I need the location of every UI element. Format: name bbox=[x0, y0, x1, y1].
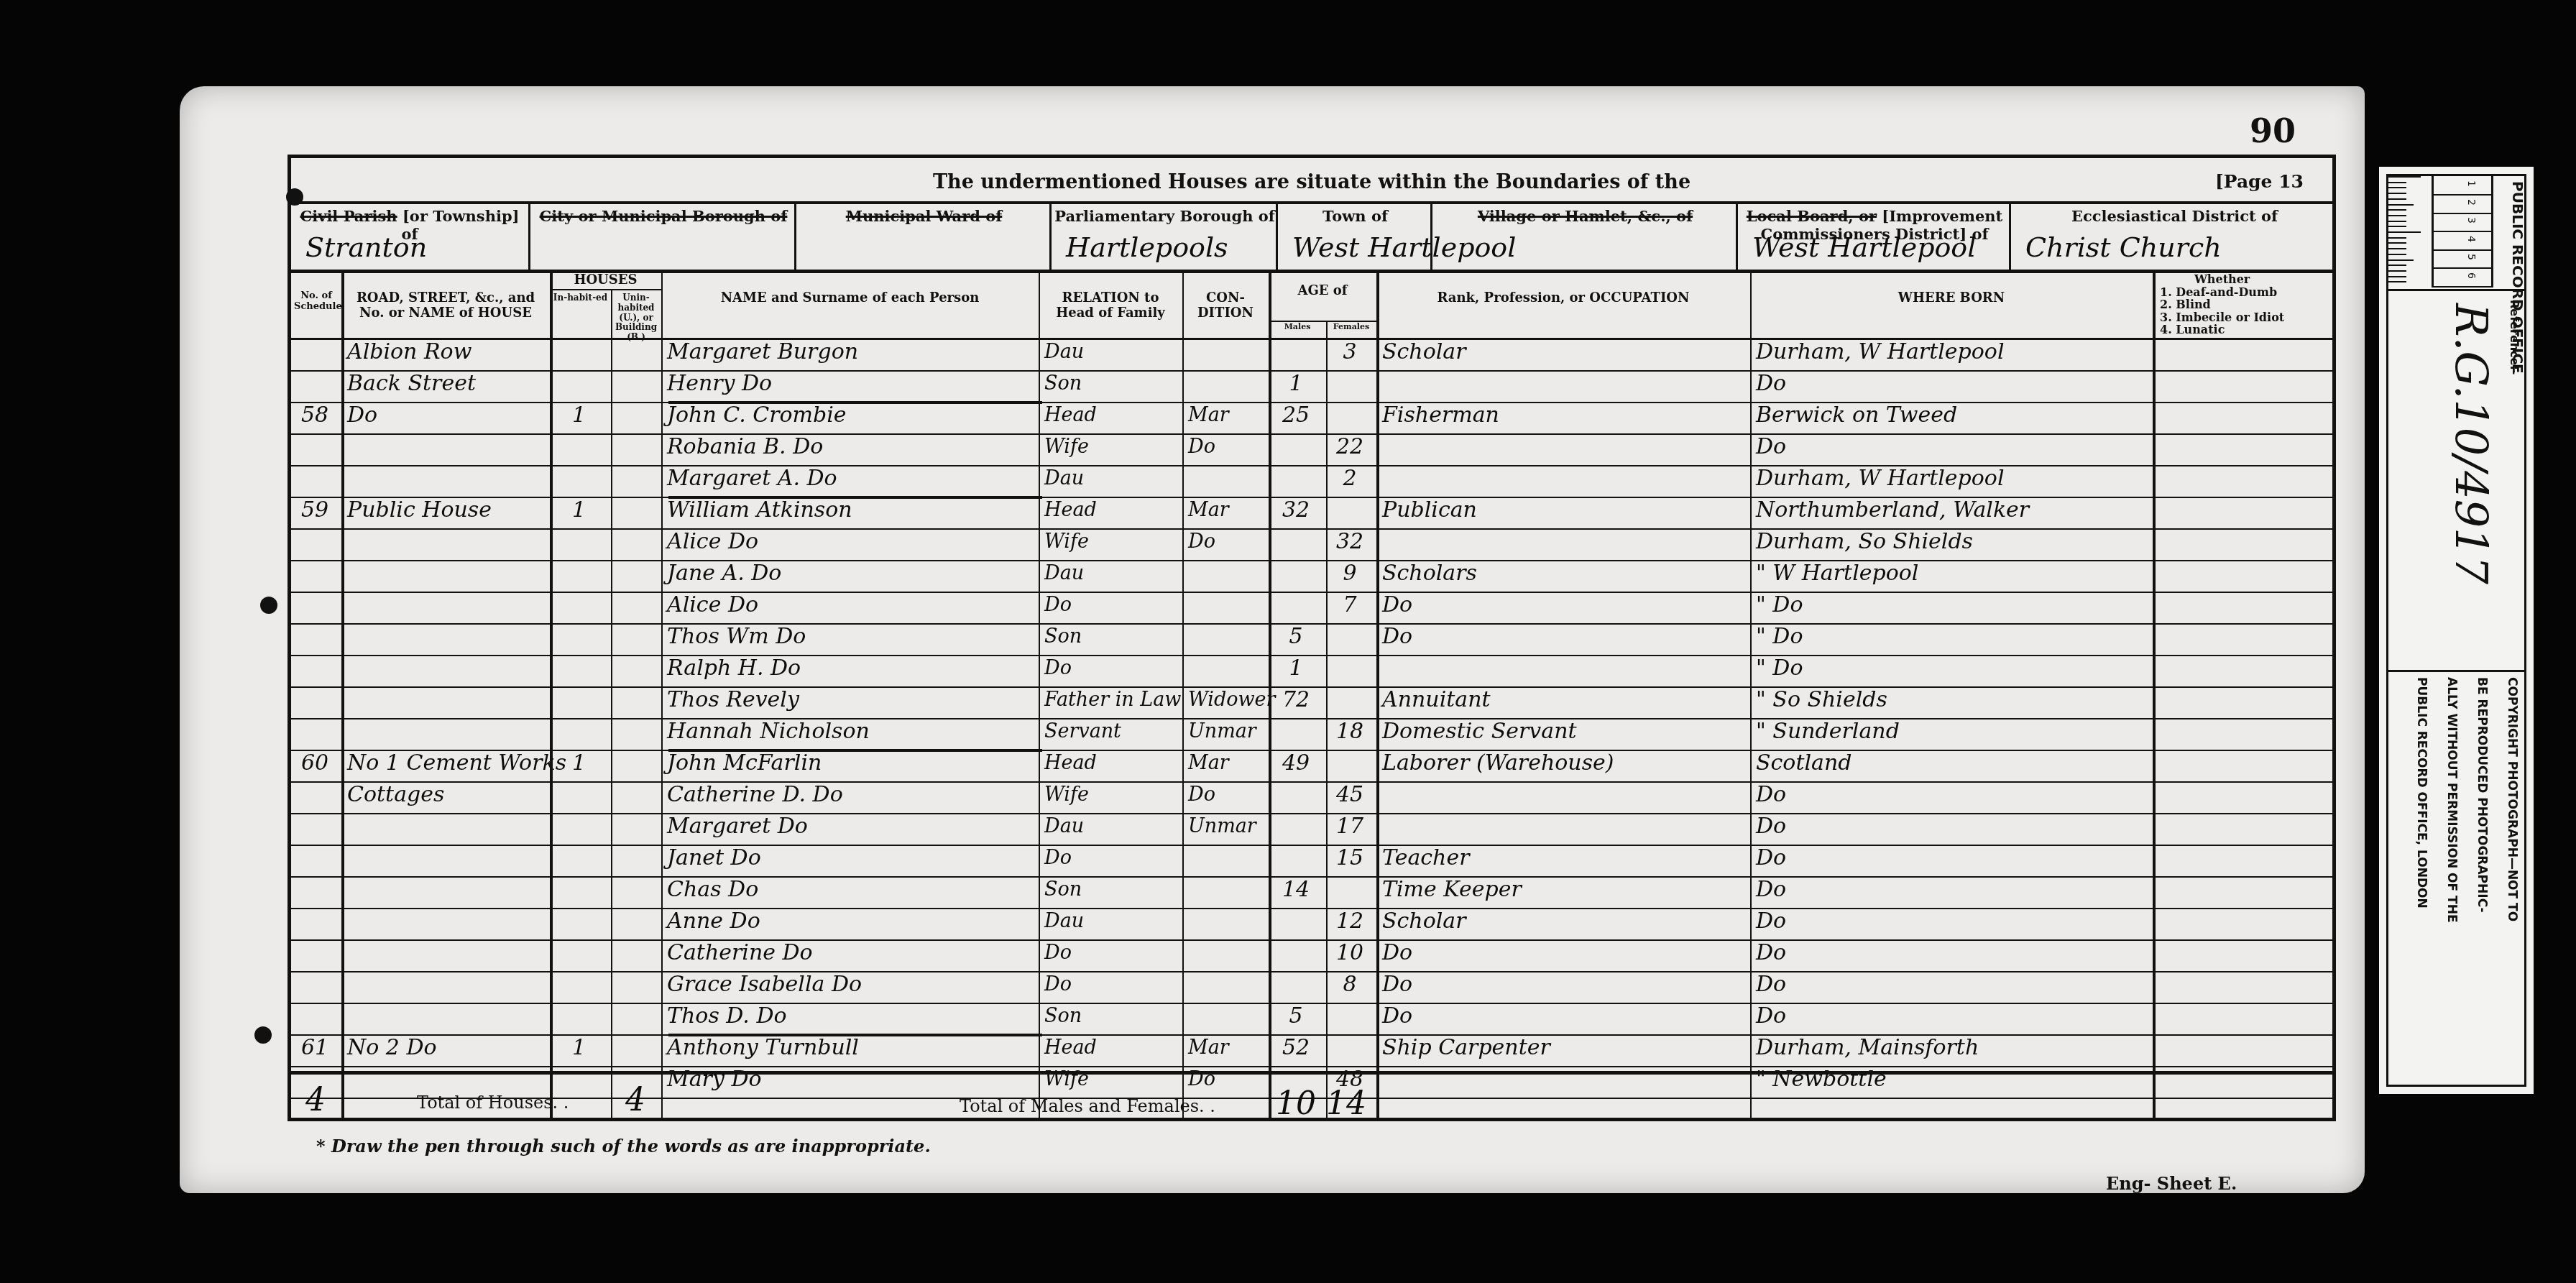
cell-where-born: " Newbottle bbox=[1756, 1063, 1887, 1096]
cell-name: Alice Do bbox=[667, 589, 758, 622]
cell-relation: Dau bbox=[1044, 336, 1084, 369]
infirmity-option: 4. Lunatic bbox=[2160, 323, 2284, 336]
cell-female-age bbox=[1329, 652, 1371, 685]
total-houses-label: Total of Houses. . bbox=[417, 1093, 569, 1113]
boundary-field: Village or Hamlet, &c., of bbox=[1430, 204, 1738, 270]
cell-where-born: Do bbox=[1756, 873, 1786, 906]
cell-occupation: Ship Carpenter bbox=[1382, 1031, 1550, 1064]
cell-female-age: 32 bbox=[1329, 525, 1371, 558]
col-header-females: Females bbox=[1326, 323, 1376, 332]
cell-male-age bbox=[1271, 905, 1320, 938]
cell-relation: Son bbox=[1044, 873, 1082, 906]
cell-road: Do bbox=[347, 399, 377, 432]
cell-where-born: Do bbox=[1756, 431, 1786, 464]
copyright-line: PUBLIC RECORD OFFICE, LONDON bbox=[2414, 677, 2429, 909]
cell-inhabited bbox=[553, 589, 605, 622]
cell-inhabited bbox=[553, 336, 605, 369]
cell-schedule bbox=[294, 620, 336, 653]
cell-name: Margaret Burgon bbox=[667, 336, 858, 369]
boundary-field: City or Municipal Borough of bbox=[528, 204, 796, 270]
cell-inhabited bbox=[553, 557, 605, 590]
cell-inhabited bbox=[553, 652, 605, 685]
cell-male-age: 32 bbox=[1271, 494, 1320, 527]
cell-schedule bbox=[294, 810, 336, 843]
boundary-value: West Hartlepool bbox=[1752, 231, 1976, 263]
cell-female-age: 17 bbox=[1329, 810, 1371, 843]
boundary-field: Local Board, or [Improvement Commissione… bbox=[1736, 204, 2011, 270]
cell-name: Robania B. Do bbox=[667, 431, 823, 464]
cell-inhabited bbox=[553, 431, 605, 464]
cell-schedule: 60 bbox=[294, 747, 336, 780]
cell-occupation: Domestic Servant bbox=[1382, 715, 1577, 748]
scale-mark: 4 bbox=[2434, 231, 2491, 251]
cell-relation: Head bbox=[1044, 1031, 1097, 1064]
col-header-where-born: WHERE BORN bbox=[1753, 291, 2150, 306]
cell-relation: Do bbox=[1044, 652, 1072, 685]
cell-relation: Wife bbox=[1044, 431, 1089, 464]
cell-male-age: 49 bbox=[1271, 747, 1320, 780]
cell-male-age bbox=[1271, 589, 1320, 622]
cell-inhabited bbox=[553, 778, 605, 811]
col-header-age: AGE of bbox=[1269, 284, 1376, 299]
cell-male-age bbox=[1271, 968, 1320, 1001]
cell-female-age bbox=[1329, 367, 1371, 400]
cell-inhabited bbox=[553, 968, 605, 1001]
reference-number: R.G.10/4917 bbox=[2445, 303, 2498, 584]
cell-where-born: Durham, W Hartlepool bbox=[1756, 462, 2005, 495]
cell-male-age bbox=[1271, 842, 1320, 875]
cell-female-age bbox=[1329, 620, 1371, 653]
cell-male-age bbox=[1271, 778, 1320, 811]
cell-schedule bbox=[294, 842, 336, 875]
cell-relation: Dau bbox=[1044, 557, 1084, 590]
cell-inhabited bbox=[553, 1063, 605, 1096]
cell-female-age bbox=[1329, 494, 1371, 527]
boundaries-title: The undermentioned Houses are situate wi… bbox=[291, 171, 2332, 193]
cell-condition: Mar bbox=[1188, 494, 1229, 527]
cell-occupation: Time Keeper bbox=[1382, 873, 1522, 906]
cell-where-born: Do bbox=[1756, 778, 1786, 811]
boundary-value: Stranton bbox=[305, 231, 427, 263]
cell-where-born: Do bbox=[1756, 968, 1786, 1001]
scale-mark: 1 bbox=[2434, 176, 2491, 196]
cell-schedule bbox=[294, 684, 336, 717]
cell-inhabited bbox=[553, 684, 605, 717]
cell-female-age: 45 bbox=[1329, 778, 1371, 811]
boundary-value: Hartlepools bbox=[1066, 231, 1228, 263]
cell-male-age: 52 bbox=[1271, 1031, 1320, 1064]
cell-name: Catherine Do bbox=[667, 937, 813, 970]
cell-schedule bbox=[294, 462, 336, 495]
cell-occupation: Do bbox=[1382, 1000, 1412, 1033]
col-header-males: Males bbox=[1269, 323, 1326, 332]
cell-schedule bbox=[294, 431, 336, 464]
boundary-field: Municipal Ward of bbox=[794, 204, 1052, 270]
schedule-divider-stroke bbox=[668, 749, 1042, 752]
cell-relation: Father in Law bbox=[1044, 684, 1181, 717]
page-reference: [Page 13 bbox=[2215, 171, 2304, 192]
cell-female-age: 12 bbox=[1329, 905, 1371, 938]
cell-schedule bbox=[294, 367, 336, 400]
cell-name: Henry Do bbox=[667, 367, 772, 400]
col-header-infirmity: Whether1. Deaf-and-Dumb2. Blind3. Imbeci… bbox=[2160, 273, 2284, 336]
binding-hole bbox=[286, 188, 303, 206]
cell-where-born: Do bbox=[1756, 1000, 1786, 1033]
total-inhabited: 4 bbox=[625, 1082, 645, 1118]
cell-where-born: Durham, Mainsforth bbox=[1756, 1031, 1979, 1064]
cell-male-age: 5 bbox=[1271, 1000, 1320, 1033]
cell-inhabited bbox=[553, 873, 605, 906]
cell-male-age bbox=[1271, 810, 1320, 843]
cell-name: Hannah Nicholson bbox=[667, 715, 870, 748]
cell-where-born: Do bbox=[1756, 937, 1786, 970]
cell-where-born: " Do bbox=[1756, 589, 1803, 622]
col-header-condition: CON-DITION bbox=[1185, 291, 1266, 321]
cell-male-age: 25 bbox=[1271, 399, 1320, 432]
cell-condition: Do bbox=[1188, 431, 1215, 464]
cell-where-born: Do bbox=[1756, 367, 1786, 400]
cell-male-age: 72 bbox=[1271, 684, 1320, 717]
cell-schedule bbox=[294, 873, 336, 906]
cell-condition: Unmar bbox=[1188, 810, 1256, 843]
cell-where-born: Do bbox=[1756, 810, 1786, 843]
cell-where-born: Do bbox=[1756, 905, 1786, 938]
infirmity-option: 3. Imbecile or Idiot bbox=[2160, 311, 2284, 324]
col-header-inhabited: In-habit-ed bbox=[551, 293, 609, 303]
scale-mark: 5 bbox=[2434, 249, 2491, 269]
cell-male-age bbox=[1271, 557, 1320, 590]
cell-condition: Widower bbox=[1188, 684, 1275, 717]
cell-female-age bbox=[1329, 684, 1371, 717]
cell-female-age bbox=[1329, 747, 1371, 780]
cell-schedule bbox=[294, 905, 336, 938]
cell-relation: Do bbox=[1044, 589, 1072, 622]
cell-female-age: 15 bbox=[1329, 842, 1371, 875]
cell-name: Jane A. Do bbox=[667, 557, 781, 590]
cell-male-age bbox=[1271, 525, 1320, 558]
col-header-schedule: No. of Schedule bbox=[294, 291, 339, 313]
cell-inhabited: 1 bbox=[553, 399, 605, 432]
cell-relation: Do bbox=[1044, 842, 1072, 875]
boundary-label: Municipal Ward of bbox=[796, 207, 1052, 225]
cell-female-age: 18 bbox=[1329, 715, 1371, 748]
cell-where-born: Durham, So Shields bbox=[1756, 525, 1973, 558]
cell-relation: Dau bbox=[1044, 462, 1084, 495]
cell-female-age: 10 bbox=[1329, 937, 1371, 970]
total-males: 10 bbox=[1276, 1085, 1316, 1122]
scale-mark: 2 bbox=[2434, 195, 2491, 214]
cell-relation: Wife bbox=[1044, 525, 1089, 558]
cell-schedule: 59 bbox=[294, 494, 336, 527]
cell-schedule: 58 bbox=[294, 399, 336, 432]
cell-name: Thos Revely bbox=[667, 684, 799, 717]
cell-road: No 1 Cement Works bbox=[347, 747, 566, 780]
cell-condition: Unmar bbox=[1188, 715, 1256, 748]
cell-occupation: Scholars bbox=[1382, 557, 1477, 590]
sheet-id: Eng- Sheet E. bbox=[2106, 1173, 2237, 1194]
cell-schedule: 61 bbox=[294, 1031, 336, 1064]
cell-female-age bbox=[1329, 1000, 1371, 1033]
cell-name: Anne Do bbox=[667, 905, 760, 938]
cell-schedule bbox=[294, 557, 336, 590]
cell-where-born: " Sunderland bbox=[1756, 715, 1900, 748]
cell-inhabited: 1 bbox=[553, 747, 605, 780]
cell-relation: Son bbox=[1044, 620, 1082, 653]
cell-where-born: Durham, W Hartlepool bbox=[1756, 336, 2005, 369]
cell-schedule bbox=[294, 1000, 336, 1033]
total-schedules: 4 bbox=[305, 1082, 326, 1118]
boundary-value: Christ Church bbox=[2025, 231, 2222, 263]
cell-condition: Do bbox=[1188, 778, 1215, 811]
cell-female-age: 2 bbox=[1329, 462, 1371, 495]
col-header-road: ROAD, STREET, &c., and No. or NAME of HO… bbox=[344, 291, 547, 321]
cell-relation: Wife bbox=[1044, 1063, 1089, 1096]
cell-relation: Servant bbox=[1044, 715, 1121, 748]
copyright-line: ALLY WITHOUT PERMISSION OF THE bbox=[2444, 677, 2459, 923]
cell-inhabited: 1 bbox=[553, 494, 605, 527]
cell-name: Grace Isabella Do bbox=[667, 968, 862, 1001]
cell-schedule bbox=[294, 778, 336, 811]
cell-name: Catherine D. Do bbox=[667, 778, 843, 811]
cell-condition: Mar bbox=[1188, 399, 1229, 432]
cell-schedule bbox=[294, 589, 336, 622]
cell-male-age bbox=[1271, 715, 1320, 748]
cell-inhabited bbox=[553, 937, 605, 970]
cell-relation: Head bbox=[1044, 399, 1097, 432]
col-header-occupation: Rank, Profession, or OCCUPATION bbox=[1379, 291, 1747, 306]
cell-male-age: 1 bbox=[1271, 367, 1320, 400]
cell-female-age bbox=[1329, 399, 1371, 432]
cell-occupation: Teacher bbox=[1382, 842, 1470, 875]
cell-where-born: " Do bbox=[1756, 620, 1803, 653]
schedule-divider-stroke bbox=[668, 401, 1042, 404]
cell-male-age bbox=[1271, 336, 1320, 369]
boundary-label: Ecclesiastical District of bbox=[2011, 207, 2338, 225]
col-header-uninhabited: Unin-habited (U.), or Building (B.) bbox=[612, 293, 660, 343]
boundary-label: Town of bbox=[1278, 207, 1432, 225]
cell-schedule bbox=[294, 937, 336, 970]
schedule-divider-stroke bbox=[668, 496, 1042, 499]
boundary-field: Ecclesiastical District ofChrist Church bbox=[2009, 204, 2338, 270]
cell-name: Alice Do bbox=[667, 525, 758, 558]
cell-inhabited bbox=[553, 842, 605, 875]
cell-inhabited bbox=[553, 620, 605, 653]
cell-inhabited bbox=[553, 367, 605, 400]
cell-where-born: " So Shields bbox=[1756, 684, 1887, 717]
infirmity-option: 2. Blind bbox=[2160, 298, 2284, 311]
scale-mark: 6 bbox=[2434, 268, 2491, 288]
cell-name: Ralph H. Do bbox=[667, 652, 801, 685]
cell-road: Public House bbox=[347, 494, 492, 527]
cell-occupation: Do bbox=[1382, 937, 1412, 970]
cell-schedule bbox=[294, 968, 336, 1001]
cell-inhabited bbox=[553, 1000, 605, 1033]
schedule-divider-stroke bbox=[668, 1034, 1042, 1036]
cell-where-born: " W Hartlepool bbox=[1756, 557, 1918, 590]
cell-inhabited bbox=[553, 905, 605, 938]
infirmity-option: 1. Deaf-and-Dumb bbox=[2160, 286, 2284, 299]
cell-where-born: " Do bbox=[1756, 652, 1803, 685]
total-females: 14 bbox=[1326, 1085, 1366, 1122]
cell-relation: Do bbox=[1044, 937, 1072, 970]
col-header-relation: RELATION to Head of Family bbox=[1041, 291, 1179, 321]
cell-relation: Son bbox=[1044, 1000, 1082, 1033]
cell-where-born: Scotland bbox=[1756, 747, 1851, 780]
cell-name: Margaret A. Do bbox=[667, 462, 837, 495]
cell-male-age bbox=[1271, 462, 1320, 495]
cell-male-age: 14 bbox=[1271, 873, 1320, 906]
boundary-label: Village or Hamlet, &c., of bbox=[1432, 207, 1738, 225]
reference-label: Reference:- bbox=[2508, 300, 2521, 375]
scale-mark: 3 bbox=[2434, 213, 2491, 232]
cell-occupation: Fisherman bbox=[1382, 399, 1499, 432]
cell-relation: Dau bbox=[1044, 810, 1084, 843]
cell-relation: Head bbox=[1044, 747, 1097, 780]
census-form: The undermentioned Houses are situate wi… bbox=[287, 155, 2336, 1121]
cell-inhabited bbox=[553, 715, 605, 748]
cell-male-age bbox=[1271, 937, 1320, 970]
cell-occupation: Scholar bbox=[1382, 905, 1466, 938]
cell-relation: Wife bbox=[1044, 778, 1089, 811]
footnote: * Draw the pen through such of the words… bbox=[316, 1136, 931, 1156]
cell-occupation: Publican bbox=[1382, 494, 1477, 527]
cell-condition: Mar bbox=[1188, 747, 1229, 780]
cell-name: Thos Wm Do bbox=[667, 620, 806, 653]
cell-name: Margaret Do bbox=[667, 810, 808, 843]
cell-relation: Son bbox=[1044, 367, 1082, 400]
cell-female-age: 7 bbox=[1329, 589, 1371, 622]
cell-male-age bbox=[1271, 431, 1320, 464]
cell-male-age: 1 bbox=[1271, 652, 1320, 685]
cell-name: Mary Do bbox=[667, 1063, 762, 1096]
cell-occupation: Do bbox=[1382, 968, 1412, 1001]
boundary-label: City or Municipal Borough of bbox=[530, 207, 796, 225]
cell-female-age: 22 bbox=[1329, 431, 1371, 464]
copyright-line: BE REPRODUCED PHOTOGRAPHIC- bbox=[2475, 677, 2489, 913]
cell-road: Albion Row bbox=[347, 336, 471, 369]
cell-where-born: Do bbox=[1756, 842, 1786, 875]
cell-female-age: 9 bbox=[1329, 557, 1371, 590]
cell-relation: Dau bbox=[1044, 905, 1084, 938]
cell-condition: Do bbox=[1188, 525, 1215, 558]
boundary-field: Town ofWest Hartlepool bbox=[1276, 204, 1432, 270]
total-persons-label: Total of Males and Females. . bbox=[960, 1096, 1215, 1116]
folio-number: 90 bbox=[2250, 111, 2296, 150]
cell-name: Janet Do bbox=[667, 842, 761, 875]
cell-occupation: Annuitant bbox=[1382, 684, 1491, 717]
binding-hole bbox=[260, 597, 277, 614]
cell-road: Cottages bbox=[347, 778, 444, 811]
cell-inhabited bbox=[553, 462, 605, 495]
cell-inhabited bbox=[553, 810, 605, 843]
cell-where-born: Berwick on Tweed bbox=[1756, 399, 1957, 432]
cell-schedule bbox=[294, 525, 336, 558]
boundary-label: Parliamentary Borough of bbox=[1052, 207, 1278, 225]
cell-condition: Mar bbox=[1188, 1031, 1229, 1064]
cell-schedule bbox=[294, 336, 336, 369]
cell-occupation: Do bbox=[1382, 589, 1412, 622]
cell-condition: Do bbox=[1188, 1063, 1215, 1096]
archive-label: 123456 PUBLIC RECORD OFFICE Reference:- … bbox=[2379, 167, 2534, 1094]
cell-road: Back Street bbox=[347, 367, 476, 400]
cell-occupation: Scholar bbox=[1382, 336, 1466, 369]
cell-road: No 2 Do bbox=[347, 1031, 437, 1064]
binding-hole bbox=[254, 1026, 272, 1044]
cell-schedule bbox=[294, 715, 336, 748]
cell-relation: Head bbox=[1044, 494, 1097, 527]
cell-inhabited bbox=[553, 525, 605, 558]
copyright-line: COPYRIGHT PHOTOGRAPH—NOT TO bbox=[2505, 677, 2519, 921]
cell-name: Thos D. Do bbox=[667, 1000, 787, 1033]
col-header-houses: HOUSES bbox=[550, 273, 661, 288]
cell-schedule bbox=[294, 652, 336, 685]
cell-occupation: Do bbox=[1382, 620, 1412, 653]
cell-where-born: Northumberland, Walker bbox=[1756, 494, 2029, 527]
cell-name: Chas Do bbox=[667, 873, 758, 906]
cell-relation: Do bbox=[1044, 968, 1072, 1001]
col-header-name: NAME and Surname of each Person bbox=[664, 291, 1036, 306]
cell-female-age bbox=[1329, 1031, 1371, 1064]
cell-occupation: Laborer (Warehouse) bbox=[1382, 747, 1614, 780]
cell-female-age: 3 bbox=[1329, 336, 1371, 369]
cell-female-age: 8 bbox=[1329, 968, 1371, 1001]
cell-male-age: 5 bbox=[1271, 620, 1320, 653]
boundary-field: Civil Parish [or Township] ofStranton bbox=[291, 204, 528, 270]
boundary-field: Parliamentary Borough ofHartlepools bbox=[1049, 204, 1278, 270]
cell-inhabited: 1 bbox=[553, 1031, 605, 1064]
cell-female-age bbox=[1329, 873, 1371, 906]
